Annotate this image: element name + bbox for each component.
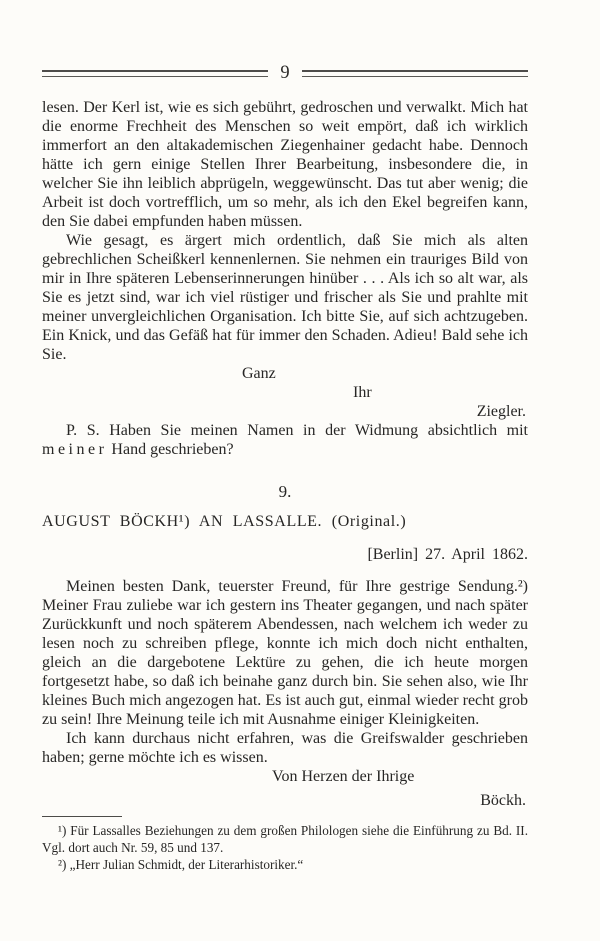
- boeckh-paragraph-2: Ich kann durchaus nicht erfahren, was di…: [42, 729, 528, 767]
- footnotes-block: ¹) Für Lassalles Beziehungen zu dem groß…: [42, 822, 528, 873]
- letter-section-number: 9.: [42, 482, 528, 501]
- ziegler-paragraph-continued: lesen. Der Kerl ist, wie es sich gebührt…: [42, 98, 528, 231]
- ziegler-postscript: P. S. Haben Sie meinen Namen in der Widm…: [42, 421, 528, 459]
- ziegler-paragraph-2: Wie gesagt, es ärgert mich ordentlich, d…: [42, 231, 528, 364]
- boeckh-paragraph-1: Meinen besten Dank, teuerster Freund, fü…: [42, 577, 528, 729]
- postscript-text-post: Hand geschrieben?: [107, 441, 233, 458]
- ziegler-closing-word-1: Ganz: [242, 364, 528, 383]
- header-rule-right: [302, 70, 528, 77]
- postscript-text-pre: P. S. Haben Sie meinen Namen in der Widm…: [66, 422, 528, 439]
- ziegler-signature: Ziegler.: [42, 402, 526, 421]
- footnote-2: ²) „Herr Julian Schmidt, der Literarhist…: [42, 856, 528, 873]
- footnote-1: ¹) Für Lassalles Beziehungen zu dem groß…: [42, 822, 528, 856]
- running-head: 9: [42, 63, 528, 83]
- footnote-separator-rule: [42, 816, 122, 817]
- text-block: 9 lesen. Der Kerl ist, wie es sich gebüh…: [42, 0, 528, 873]
- postscript-emphasized-word: meiner: [42, 441, 107, 458]
- boeckh-signature: Böckh.: [42, 791, 526, 810]
- letter-dateline: [Berlin] 27. April 1862.: [42, 545, 528, 564]
- ziegler-closing-word-2: Ihr: [353, 383, 528, 402]
- boeckh-closing: Von Herzen der Ihrige: [272, 767, 528, 786]
- letter-heading: AUGUST BÖCKH¹) AN LASSALLE. (Original.): [42, 512, 528, 531]
- page-number: 9: [268, 64, 301, 82]
- header-rule-left: [42, 70, 268, 77]
- book-page: 9 lesen. Der Kerl ist, wie es sich gebüh…: [0, 0, 600, 941]
